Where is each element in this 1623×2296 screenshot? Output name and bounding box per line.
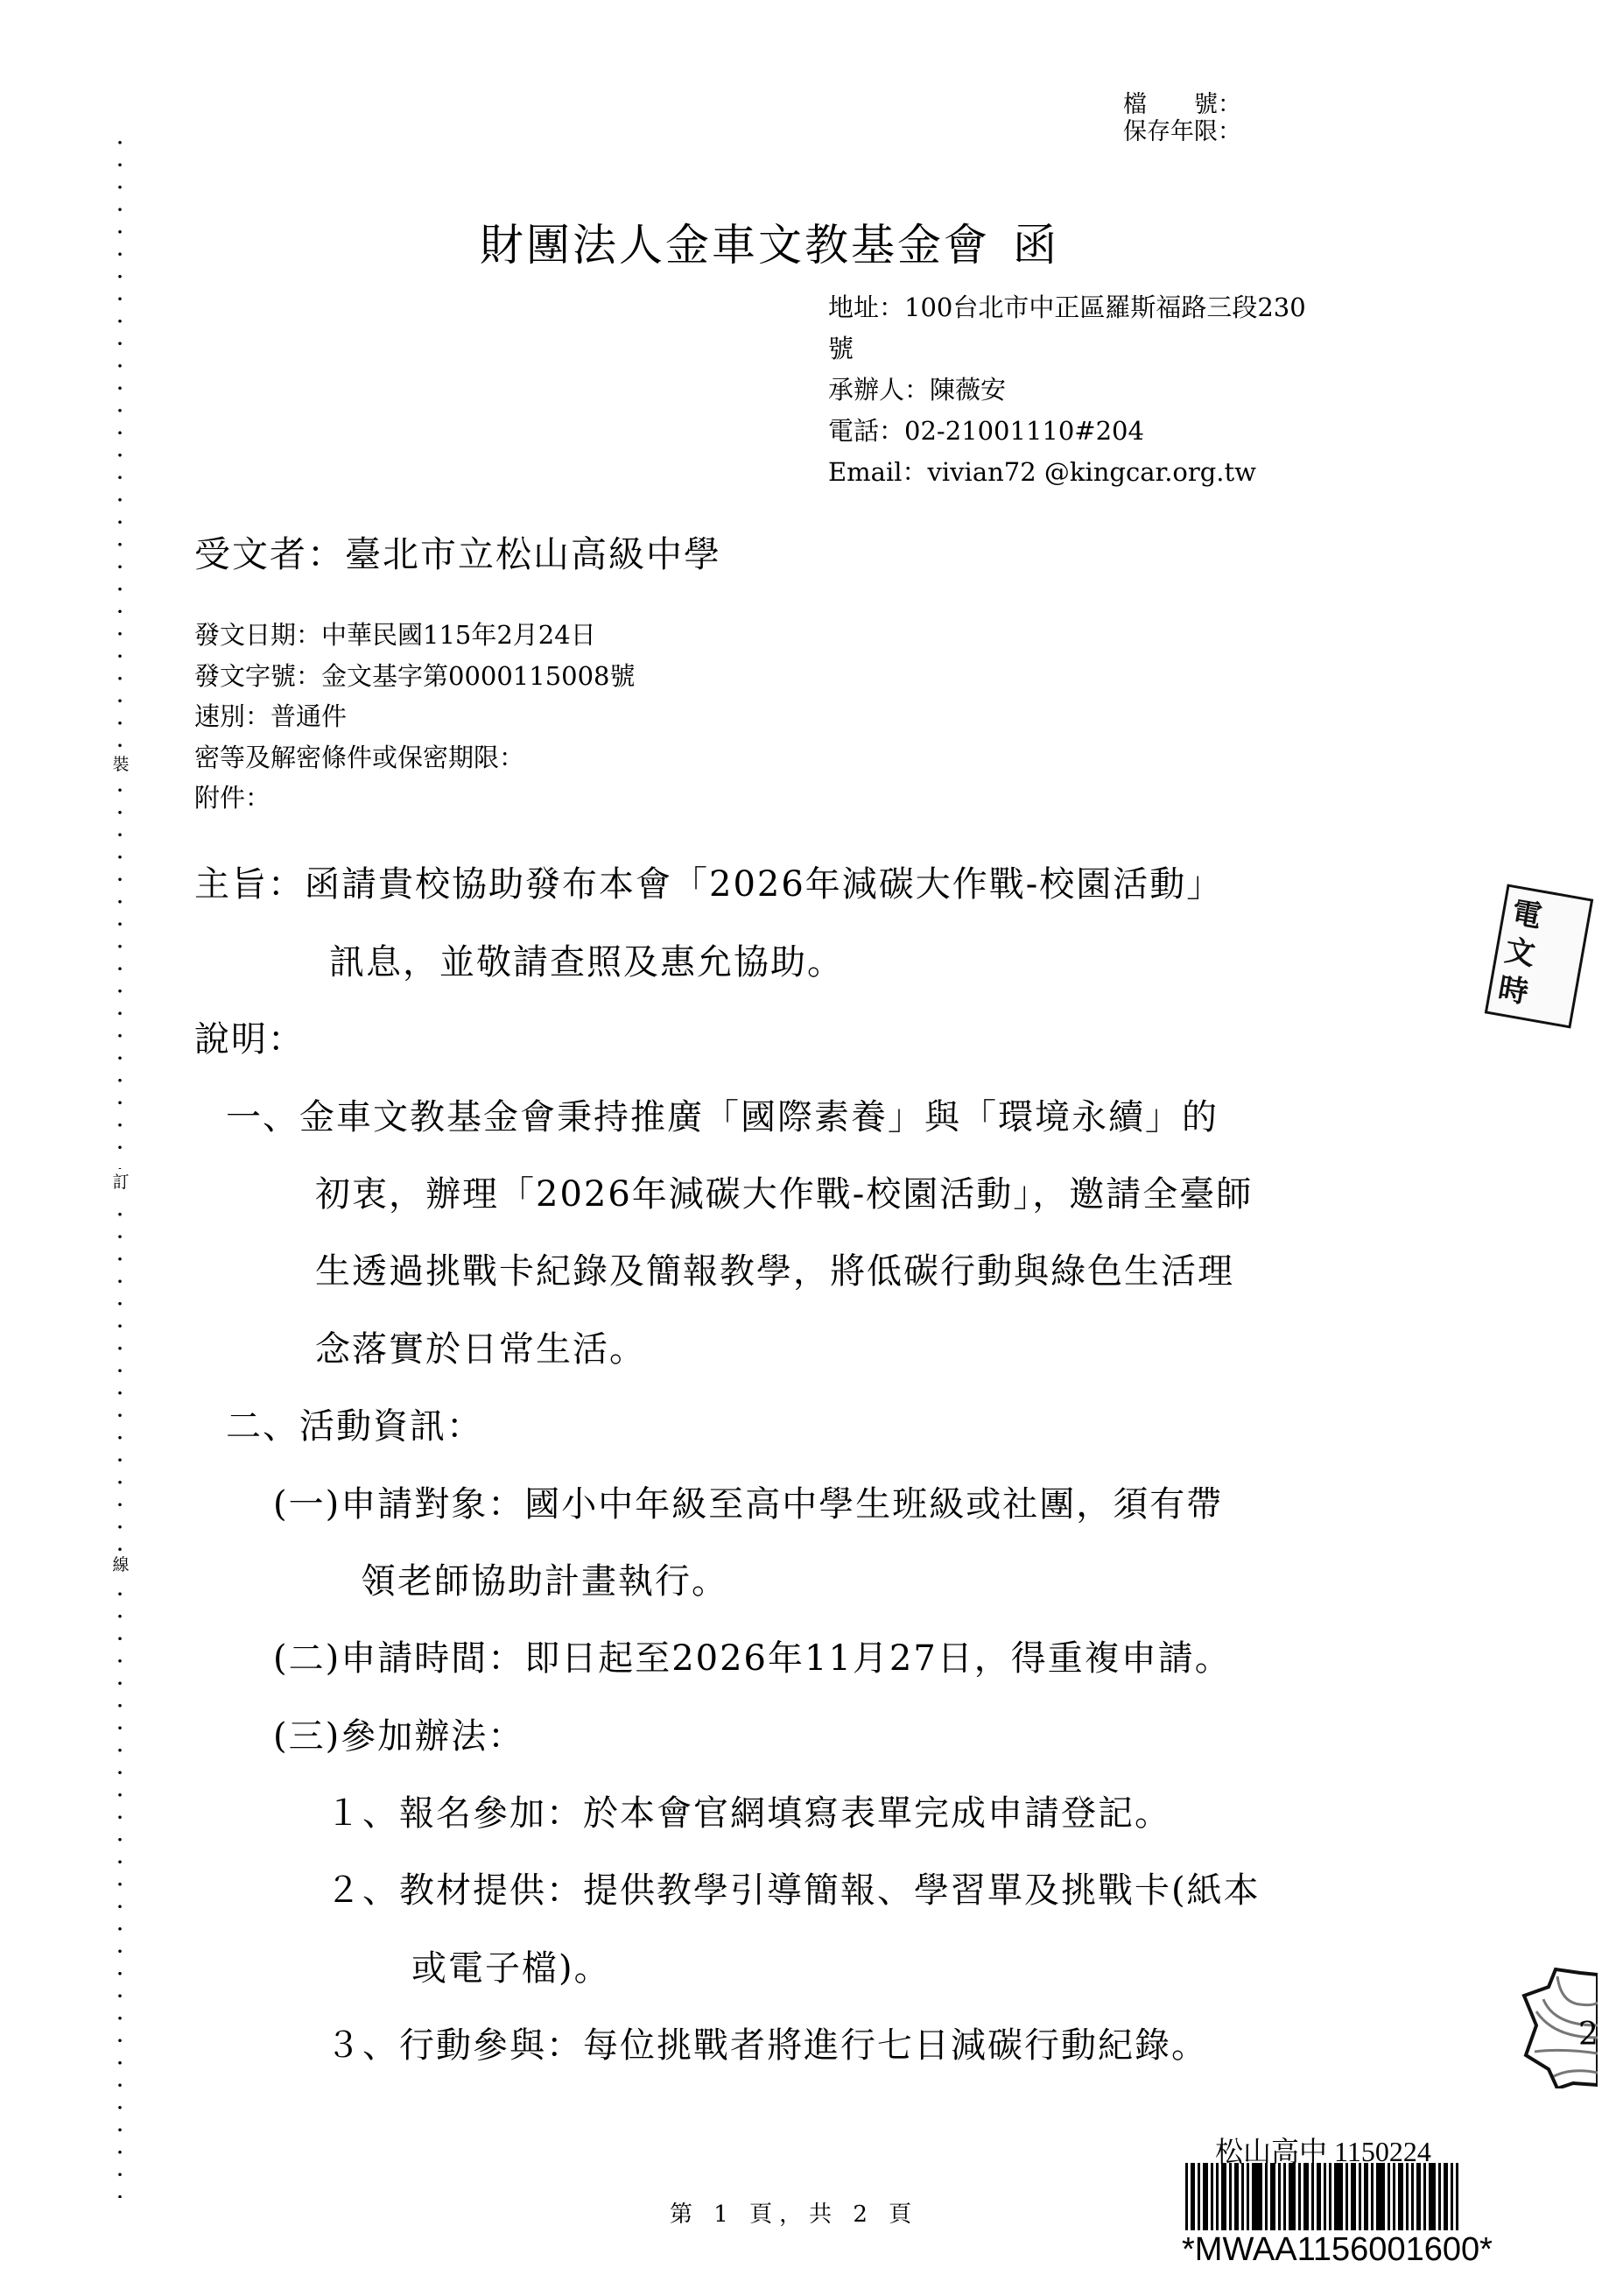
dispatch-date: 發文日期：中華民國115年2月24日 [194, 615, 636, 656]
item1-line2: 初衷，辦理「2026年減碳大作戰-校園活動」，邀請全臺師 [315, 1166, 1253, 1216]
page-number: 第 1 頁，共 2 頁 [670, 2196, 918, 2229]
item2-sub2: (二)申請時間：即日起至2026年11月27日，得重複申請。 [273, 1630, 1232, 1680]
handler: 承辦人：陳薇安 [828, 370, 1306, 411]
binding-margin-dots [118, 131, 122, 2198]
margin-label-staple: 訂 [109, 1169, 133, 1195]
contact-block: 地址：100台北市中正區羅斯福路三段230 號 承辦人：陳薇安 電話：02-21… [828, 287, 1306, 493]
item2-heading: 二、活動資訊： [226, 1398, 483, 1448]
email: Email：vivian72 @kingcar.org.tw [828, 452, 1306, 493]
step2-line1: ２、教材提供：提供教學引導簡報、學習單及挑戰卡(紙本 [326, 1863, 1261, 1912]
phone: 電話：02-21001110#204 [828, 411, 1306, 452]
item2-sub1-line1: (一)申請對象：國小中年級至高中學生班級或社團，須有帶 [273, 1476, 1223, 1526]
retention-label: 保存年限： [1123, 118, 1241, 145]
doc-number: 發文字號：金文基字第0000115008號 [194, 656, 636, 697]
item2-sub1-line2: 領老師協助計畫執行。 [361, 1553, 728, 1603]
recipient: 受文者：臺北市立松山高級中學 [194, 525, 721, 577]
step3: ３、行動參與：每位挑戰者將進行七日減碳行動紀錄。 [326, 2018, 1208, 2067]
subject-line2: 訊息，並敬請查照及惠允協助。 [329, 934, 844, 984]
address-line2: 號 [828, 328, 1306, 370]
subject-line1: 主旨：函請貴校協助發布本會「2026年減碳大作戰-校園活動」 [194, 856, 1223, 906]
attachments: 附件： [194, 778, 636, 819]
dispatch-meta: 發文日期：中華民國115年2月24日 發文字號：金文基字第0000115008號… [194, 615, 636, 819]
step2-line2: 或電子檔)。 [411, 1940, 611, 1990]
explanation-label: 說明： [194, 1011, 305, 1061]
item1-line1: 一、金車文教基金會秉持推廣「國際素養」與「環境永續」的 [226, 1089, 1219, 1139]
step1: １、報名參加：於本會官網填寫表單完成申請登記。 [326, 1785, 1171, 1835]
title-type: 函 [1013, 220, 1059, 271]
address-line1: 地址：100台北市中正區羅斯福路三段230 [828, 287, 1306, 328]
barcode-number: *MWAA1156001600* [1182, 2231, 1493, 2269]
document-title: 財團法人金車文教基金會函 [480, 210, 1059, 273]
file-number-label: 檔 號： [1123, 91, 1241, 118]
page-seal-stamp: 2 [1519, 1957, 1598, 2088]
margin-label-line: 線 [109, 1552, 133, 1578]
file-meta: 檔 號： 保存年限： [1123, 91, 1241, 145]
barcode [1185, 2163, 1492, 2230]
electronic-document-stamp: 電 文 時 [1485, 884, 1594, 1028]
svg-text:2: 2 [1578, 2017, 1598, 2053]
speed: 速別：普通件 [194, 696, 636, 737]
title-org: 財團法人金車文教基金會 [480, 220, 990, 271]
item2-sub3-heading: (三)參加辦法： [273, 1708, 524, 1758]
seal-swirl-icon: 2 [1519, 1957, 1598, 2088]
margin-label-bind: 裝 [109, 751, 133, 778]
item1-line3: 生透過挑戰卡紀錄及簡報教學，將低碳行動與綠色生活理 [315, 1243, 1234, 1293]
classification: 密等及解密條件或保密期限： [194, 737, 636, 778]
item1-line4: 念落實於日常生活。 [315, 1321, 646, 1371]
